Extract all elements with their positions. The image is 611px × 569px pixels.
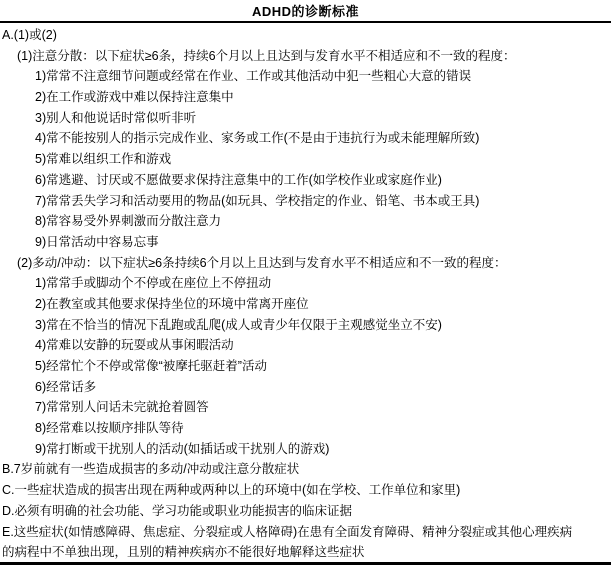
criteria-line: 6)经常话多 xyxy=(0,377,611,398)
criteria-line: 8)经常难以按顺序排队等待 xyxy=(0,418,611,439)
criteria-line: 2)在教室或其他要求保持坐位的环境中常离开座位 xyxy=(0,294,611,315)
criteria-list: A.(1)或(2)(1)注意分散：以下症状≥6条，持续6个月以上且达到与发育水平… xyxy=(0,25,611,563)
criteria-line: 1)常常手或脚动个不停或在座位上不停扭动 xyxy=(0,273,611,294)
criteria-line: 7)常常别人问话未完就抢着圆答 xyxy=(0,397,611,418)
bottom-rule xyxy=(0,562,611,565)
criteria-line: 5)经常忙个不停或常像“被摩托驱赶着”活动 xyxy=(0,356,611,377)
page-title: ADHD的诊断标准 xyxy=(0,2,611,22)
criteria-line: 4)常不能按别人的指示完成作业、家务或工作(不是由于违抗行为或未能理解所致) xyxy=(0,128,611,149)
top-rule xyxy=(0,21,611,23)
criteria-line: 3)别人和他说话时常似听非听 xyxy=(0,108,611,129)
criteria-line: D.必须有明确的社会功能、学习功能或职业功能损害的临床证据 xyxy=(0,501,611,522)
criteria-line: 5)常难以组织工作和游戏 xyxy=(0,149,611,170)
criteria-line: 2)在工作或游戏中难以保持注意集中 xyxy=(0,87,611,108)
criteria-line: 7)常常丢失学习和活动要用的物品(如玩具、学校指定的作业、铅笔、书本或王具) xyxy=(0,191,611,212)
criteria-line: C.一些症状造成的损害出现在两种或两种以上的环境中(如在学校、工作单位和家里) xyxy=(0,480,611,501)
criteria-line: 3)常在不恰当的情况下乱跑或乱爬(成人或青少年仅限于主观感觉坐立不安) xyxy=(0,315,611,336)
criteria-line: 9)日常活动中容易忘事 xyxy=(0,232,611,253)
criteria-line: (2)多动/冲动：以下症状≥6条持续6个月以上且达到与发育水平不相适应和不一致的… xyxy=(0,253,611,274)
criteria-line: 6)常逃避、讨厌或不愿做要求保持注意集中的工作(如学校作业或家庭作业) xyxy=(0,170,611,191)
criteria-line: E.这些症状(如情感障碍、焦虑症、分裂症或人格障碍)在患有全面发育障碍、精神分裂… xyxy=(0,522,611,543)
criteria-line: 8)常容易受外界刺激而分散注意力 xyxy=(0,211,611,232)
criteria-line: 的病程中不单独出现，且别的精神疾病亦不能很好地解释这些症状 xyxy=(0,542,611,563)
criteria-line: 4)常难以安静的玩耍或从事闲暇活动 xyxy=(0,335,611,356)
document-page: ADHD的诊断标准 A.(1)或(2)(1)注意分散：以下症状≥6条，持续6个月… xyxy=(0,0,611,569)
criteria-line: (1)注意分散：以下症状≥6条，持续6个月以上且达到与发育水平不相适应和不一致的… xyxy=(0,46,611,67)
criteria-line: A.(1)或(2) xyxy=(0,25,611,46)
criteria-line: B.7岁前就有一些造成损害的多动/冲动或注意分散症状 xyxy=(0,459,611,480)
criteria-line: 9)常打断或干扰别人的活动(如插话或干扰别人的游戏) xyxy=(0,439,611,460)
criteria-line: 1)常常不注意细节问题或经常在作业、工作或其他活动中犯一些粗心大意的错误 xyxy=(0,66,611,87)
